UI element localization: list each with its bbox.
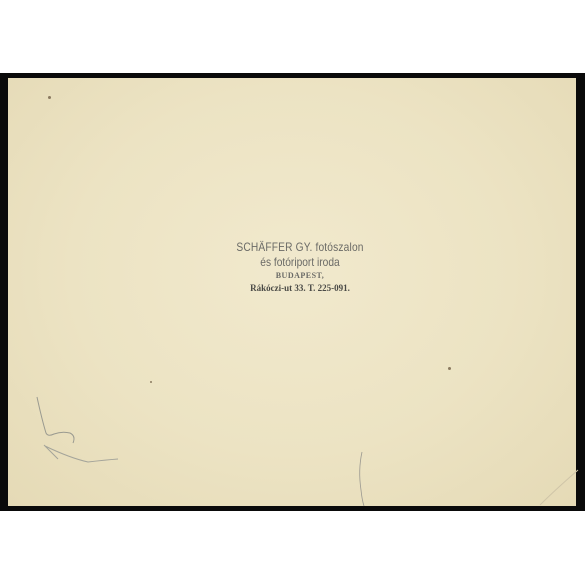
paper-spot xyxy=(150,381,152,383)
paper-spot xyxy=(48,96,51,99)
paper-spot xyxy=(448,367,451,370)
pencil-annotation xyxy=(0,0,585,585)
